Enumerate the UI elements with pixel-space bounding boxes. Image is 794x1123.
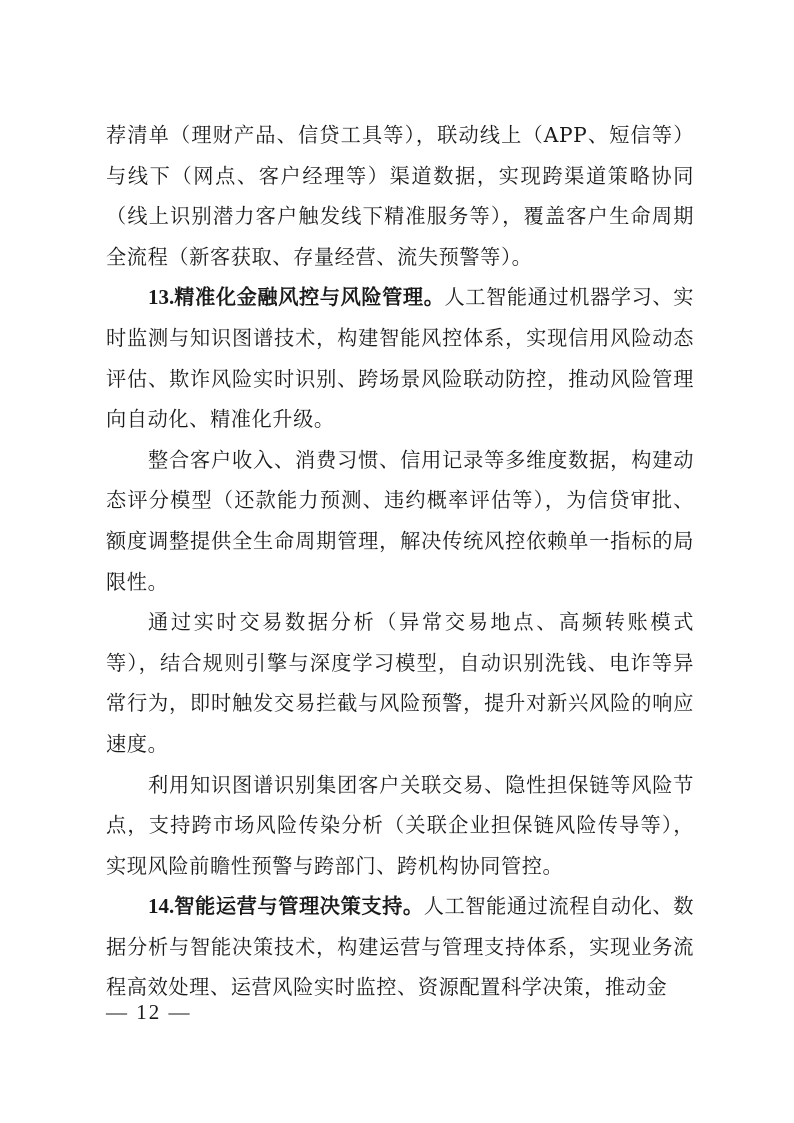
paragraph-text: 整合客户收入、消费习惯、信用记录等多维度数据，构建动态评分模型（还款能力预测、违…: [106, 448, 694, 594]
paragraph-continuation: 荐清单（理财产品、信贷工具等），联动线上（APP、短信等）与线下（网点、客户经理…: [106, 115, 694, 277]
item-number: 14.: [148, 894, 174, 918]
paragraph-item-14: 14.智能运营与管理决策支持。人工智能通过流程自动化、数据分析与智能决策技术，构…: [106, 886, 694, 1008]
document-body: 荐清单（理财产品、信贷工具等），联动线上（APP、短信等）与线下（网点、客户经理…: [106, 115, 694, 1008]
paragraph-item-13: 13.精准化金融风控与风险管理。人工智能通过机器学习、实时监测与知识图谱技术，构…: [106, 277, 694, 439]
paragraph-text: 利用知识图谱识别集团客户关联交易、隐性担保链等风险节点，支持跨市场风险传染分析（…: [106, 773, 694, 878]
item-number: 13.: [148, 285, 174, 309]
paragraph-fraud-detection: 通过实时交易数据分析（异常交易地点、高频转账模式等），结合规则引擎与深度学习模型…: [106, 602, 694, 764]
item-title: 智能运营与管理决策支持。: [174, 894, 423, 918]
paragraph-credit-risk: 整合客户收入、消费习惯、信用记录等多维度数据，构建动态评分模型（还款能力预测、违…: [106, 440, 694, 602]
page-number: — 12 —: [106, 1000, 192, 1025]
item-title: 精准化金融风控与风险管理。: [174, 285, 444, 309]
paragraph-knowledge-graph: 利用知识图谱识别集团客户关联交易、隐性担保链等风险节点，支持跨市场风险传染分析（…: [106, 765, 694, 887]
paragraph-text: 通过实时交易数据分析（异常交易地点、高频转账模式等），结合规则引擎与深度学习模型…: [106, 610, 694, 756]
paragraph-text: 荐清单（理财产品、信贷工具等），联动线上（APP、短信等）与线下（网点、客户经理…: [106, 123, 694, 269]
